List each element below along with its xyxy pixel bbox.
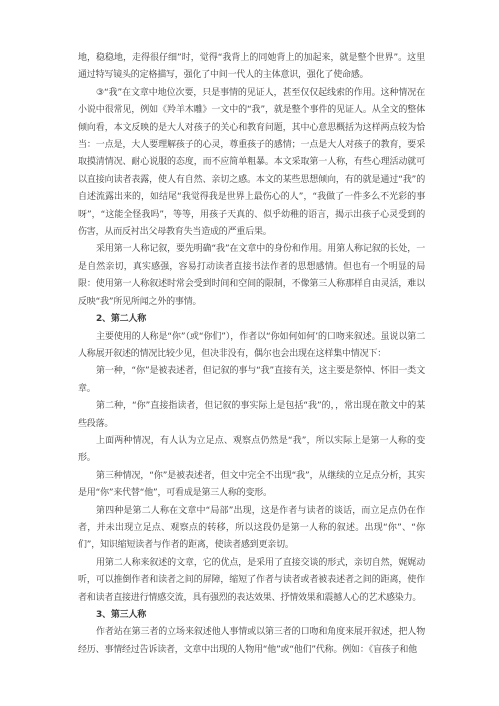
text-body: 地，稳稳地，走得很仔细”时，觉得“我背上的同她背上的加起来，就是整个世界”。这里… <box>78 50 425 659</box>
paragraph: 采用第一人称记叙，要先明确“我”在文章中的身份和作用。用第人称记叙的长处，一是自… <box>78 241 425 311</box>
paragraph: 用第二人称来叙述的文章，它的优点，是采用了直接交谈的形式，亲切自然，娓娓动听，可… <box>78 555 425 607</box>
document-page: 地，稳稳地，走得很仔细”时，觉得“我背上的同她背上的加起来，就是整个世界”。这里… <box>0 0 499 706</box>
paragraph: 上面两种情况，有人认为立足点、观察点仍然是“我”，所以实际上是第一人称的变形。 <box>78 433 425 468</box>
paragraph: 第四种是第二人称在文章中“局部”出现，这是作者与读者的谈话，而立足点仍在作者，并… <box>78 503 425 555</box>
section-heading: 3、第三人称 <box>78 607 425 624</box>
paragraph: 第二种，“你”直接指读者，但记叙的事实际上是包括“我”的，，常出现在散文中的某些… <box>78 398 425 433</box>
paragraph: 主要使用的人称是“你”（或“你们”），作者以“你如何如何’的口吻来叙述。虽说以第… <box>78 329 425 364</box>
section-heading: 2、第二人称 <box>78 311 425 328</box>
paragraph: 地，稳稳地，走得很仔细”时，觉得“我背上的同她背上的加起来，就是整个世界”。这里… <box>78 50 425 85</box>
paragraph: 第三种情况，“你”是被表述者，但文中完全不出现“我”，从继续的立足点分析，其实是… <box>78 468 425 503</box>
paragraph: 第一种，“你”是被表述者，但记叙的事与“我”直接有关，这主要是祭悼、怀旧一类文章… <box>78 363 425 398</box>
paragraph: ③“我”在文章中地位次要，只是事情的见证人，甚至仅仅起线索的作用。这种情况在小说… <box>78 85 425 242</box>
paragraph: 作者站在第三者的立场来叙述他人事情或以第三者的口吻和角度来展开叙述，把人物经历、… <box>78 624 425 659</box>
